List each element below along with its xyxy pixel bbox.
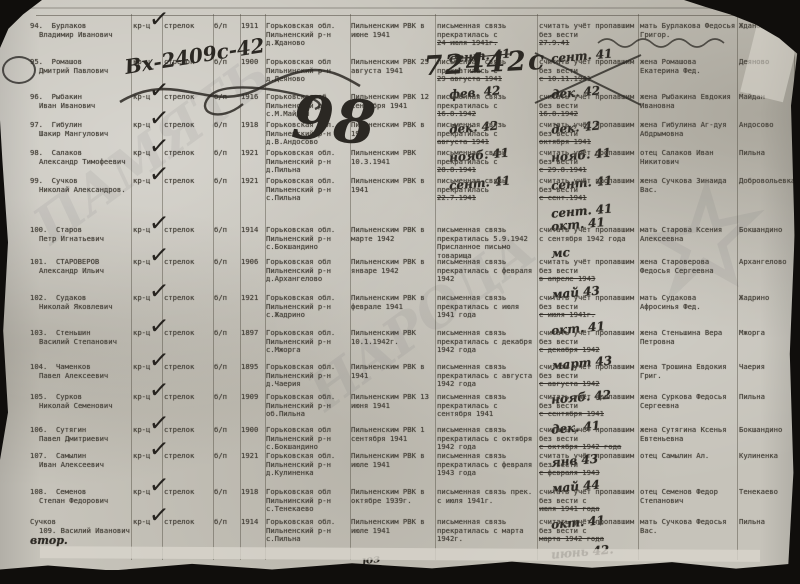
birth-year-cell: 1921 [241, 149, 265, 158]
name-cell: 101. СТАРОВЕРОВАлександр Ильич [30, 258, 132, 275]
name-cell: 106. СутягинПавел Дмитриевич [30, 426, 132, 443]
checkmark-icon: ✓ [149, 14, 170, 25]
given-name: Александр Ильич [30, 267, 132, 276]
relatives-address-cell: Кулиненка [739, 452, 796, 461]
decision-cell: считать учёт пропавшим без вестис июля 1… [539, 294, 637, 333]
given-name: Владимир Иванович [30, 31, 132, 40]
wavy-strike-annotation [596, 34, 732, 50]
relatives-address-cell: Мжорга [739, 329, 796, 338]
party-cell: б/п [214, 426, 240, 435]
draft-info-cell: Пильненским РВК в октябре 1939г. [351, 488, 435, 505]
name-cell: 103. СтеньшинВасилий Степанович [30, 329, 132, 346]
position-cell: стрелок✓ [164, 426, 212, 435]
position-cell: стрелок✓ [164, 363, 212, 372]
position-cell: стрелок✓ [164, 452, 212, 461]
name-cell: Сучков109. Василий Ивановичвтор. [30, 518, 132, 546]
last-contact-cell: письменная связь прекратилась с марта 19… [437, 518, 536, 544]
birth-year-cell: 1921 [241, 452, 265, 461]
relatives-address-cell: Андосово [739, 121, 796, 130]
checkmark-icon: ✓ [149, 321, 170, 332]
relatives-address-cell: Бокшандино [739, 426, 796, 435]
birthplace-cell: Горьковская обл Пильненский р-н с.Бокшан… [266, 426, 349, 452]
birth-year-cell: 1906 [241, 258, 265, 267]
party-cell: б/п [214, 488, 240, 497]
name-cell: 107. СамылинИван Алексеевич [30, 452, 132, 469]
relatives-cell: жена Ромашова Екатерина Фед. [640, 58, 737, 75]
decision-cell: считать учёт пропавшим с сентября 1942 г… [539, 226, 637, 256]
draft-info-cell: Пильненским РВК в июле 1941 [351, 452, 435, 469]
draft-info-cell: Пильненским РВК в марте 1942 [351, 226, 435, 243]
birth-year-cell: 1909 [241, 393, 265, 402]
birth-year-cell: 1914 [241, 226, 265, 235]
draft-info-cell: Пильненским РВК в июне 1941 [351, 22, 435, 39]
last-contact-cell: письменная связь прекратилась с октября … [437, 426, 536, 452]
given-name: Павел Алексеевич [30, 372, 132, 381]
name-cell: 102. СудаковНиколай Яковлевич [30, 294, 132, 311]
party-cell: б/п [214, 363, 240, 372]
decision-cell: считать учёт пропавшим без вестив апреле… [539, 258, 637, 297]
scanned-document-page: 94. БурлаковВладимир Ивановичкр-цстрелок… [0, 0, 800, 584]
birth-year-cell: 1921 [241, 177, 265, 186]
relatives-cell: мать Сучкова Федосья Вас. [640, 518, 737, 535]
birth-year-cell: 1914 [241, 518, 265, 527]
party-cell: б/п [214, 452, 240, 461]
relatives-cell: отец Самылин Ал. [640, 452, 737, 461]
draft-info-cell: Пильненским РВК в 1941 [351, 177, 435, 194]
checkmark-icon: ✓ [149, 444, 170, 455]
margin-note: втор. [30, 537, 132, 546]
cross-out-annotation [532, 50, 644, 108]
party-cell: б/п [214, 393, 240, 402]
position-cell: стрелок✓ [164, 258, 212, 267]
name-cell: 105. СурковНиколай Семенович [30, 393, 132, 410]
given-name: Иван Алексеевич [30, 461, 132, 470]
position-cell: стрелок✓ [164, 518, 212, 527]
torn-edge-left [0, 120, 8, 460]
position-cell: стрелок✓ [164, 488, 212, 497]
name-cell: 108. СеменовСтепан Федорович [30, 488, 132, 505]
position-cell: стрелок✓ [164, 294, 212, 303]
position-cell: стрелок✓ [164, 329, 212, 338]
file-number-annotation: 72442с [423, 45, 547, 82]
birth-year-cell: 1911 [241, 22, 265, 31]
birthplace-cell: Горьковская обл. Пильненский р-н с.Жадри… [266, 294, 349, 320]
paper-bottom-edge [40, 546, 760, 562]
birth-year-cell: 1921 [241, 294, 265, 303]
party-cell: б/п [214, 258, 240, 267]
party-cell: б/п [214, 518, 240, 527]
birthplace-cell: Горьковская обл. Пильненский р-н с.Пильн… [266, 518, 349, 544]
name-cell: 94. БурлаковВладимир Иванович [30, 22, 132, 39]
relatives-address-cell: Пильна [739, 393, 796, 402]
given-name: Шакир Мангулович [30, 130, 132, 139]
party-cell: б/п [214, 149, 240, 158]
checkmark-icon: ✓ [149, 510, 170, 521]
name-cell: 104. ЧаменковПавел Алексеевич [30, 363, 132, 380]
position-cell: стрелок✓ [164, 22, 212, 31]
last-contact-cell: письменная связь прекратилась с сентября… [437, 393, 536, 419]
birth-year-cell: 1900 [241, 426, 265, 435]
birthplace-cell: Горьковская обл. Пильненский р-н с.Пильн… [266, 177, 349, 203]
checkmark-icon: ✓ [149, 250, 170, 261]
birthplace-cell: Горьковская обл. Пильненский р-н д.Кулин… [266, 452, 349, 478]
party-cell: б/п [214, 226, 240, 235]
checkmark-icon: ✓ [149, 286, 170, 297]
draft-info-cell: Пильненским РВК в июле 1941 [351, 518, 435, 535]
draft-info-cell: Пильненским РВК в январе 1942 [351, 258, 435, 275]
birthplace-cell: Горьковская обл. Пильненский р-н д.Ждано… [266, 22, 349, 48]
position-cell: стрелок✓ [164, 393, 212, 402]
last-contact-cell: письменная связь прекратилась с февраля … [437, 452, 536, 478]
relatives-cell: жена Сутягина Ксенья Евтеньевна [640, 426, 737, 443]
given-name: Николай Яковлевич [30, 303, 132, 312]
paper-crease [0, 7, 800, 9]
relatives-address-cell: Пильна [739, 149, 796, 158]
given-name: Павел Дмитриевич [30, 435, 132, 444]
birth-year-cell: 1897 [241, 329, 265, 338]
decision-cell: считать учёт пропавшим без вестис феврал… [539, 452, 637, 491]
signature-scrawl-annotation [115, 60, 370, 122]
pencil-circle-annotation [2, 56, 36, 84]
relatives-address-cell: Тенекаево [739, 488, 796, 497]
birth-year-cell: 1918 [241, 121, 265, 130]
checkmark-icon: ✓ [149, 355, 170, 366]
relatives-cell: жена Трошина Евдокия Григ. [640, 363, 737, 380]
struck-date: 22.7.1941 [437, 194, 536, 203]
name-cell: 97. ГибулинШакир Мангулович [30, 121, 132, 138]
party-cell: б/п [214, 22, 240, 31]
birthplace-cell: Горьковская обл. Пильненский р-н с.Бокша… [266, 226, 349, 252]
relatives-address-cell: Пильна [739, 518, 796, 527]
birth-year-cell: 1918 [241, 488, 265, 497]
birthplace-cell: Горьковская обл Пильнинский р-н с.Тенека… [266, 488, 349, 514]
party-cell: б/п [214, 177, 240, 186]
last-contact-cell: письменная связь прекратилась22.7.1941 [437, 177, 536, 203]
checkmark-icon: ✓ [149, 480, 170, 491]
draft-info-cell: Пильненским РВК 1 сентября 1941 [351, 426, 435, 443]
party-cell: б/п [214, 329, 240, 338]
relatives-cell: жена Суркова Федосья Сергеевна [640, 393, 737, 410]
position-cell: стрелок✓ [164, 177, 212, 186]
given-name: Степан Федорович [30, 497, 132, 506]
relatives-address-cell: Добровольевка [739, 177, 796, 186]
position-cell: стрелок✓ [164, 226, 212, 235]
relatives-cell: жена Рыбакина Евдокия Ивановна [640, 93, 737, 110]
last-contact-cell: письменная связь прек. с июля 1941г. [437, 488, 536, 505]
paper-sheet: 94. БурлаковВладимир Ивановичкр-цстрелок… [0, 0, 800, 570]
last-contact-cell: письменная связь прекратилась с августа … [437, 363, 536, 389]
checkmark-icon: ✓ [149, 418, 170, 429]
relatives-address-cell: Чаерия [739, 363, 796, 372]
given-name: Николай Семенович [30, 402, 132, 411]
relatives-cell: жена Гибулина Аг-дуя Абдрымовна [640, 121, 737, 138]
checkmark-icon: ✓ [149, 385, 170, 396]
relatives-cell: отец Семенов Федор Степанович [640, 488, 737, 505]
birth-year-cell: 1895 [241, 363, 265, 372]
birthplace-cell: Горьковская обл Пильненский р-н д.Арханг… [266, 258, 349, 284]
checkmark-icon: ✓ [149, 218, 170, 229]
party-cell: б/п [214, 294, 240, 303]
given-name: Василий Степанович [30, 338, 132, 347]
